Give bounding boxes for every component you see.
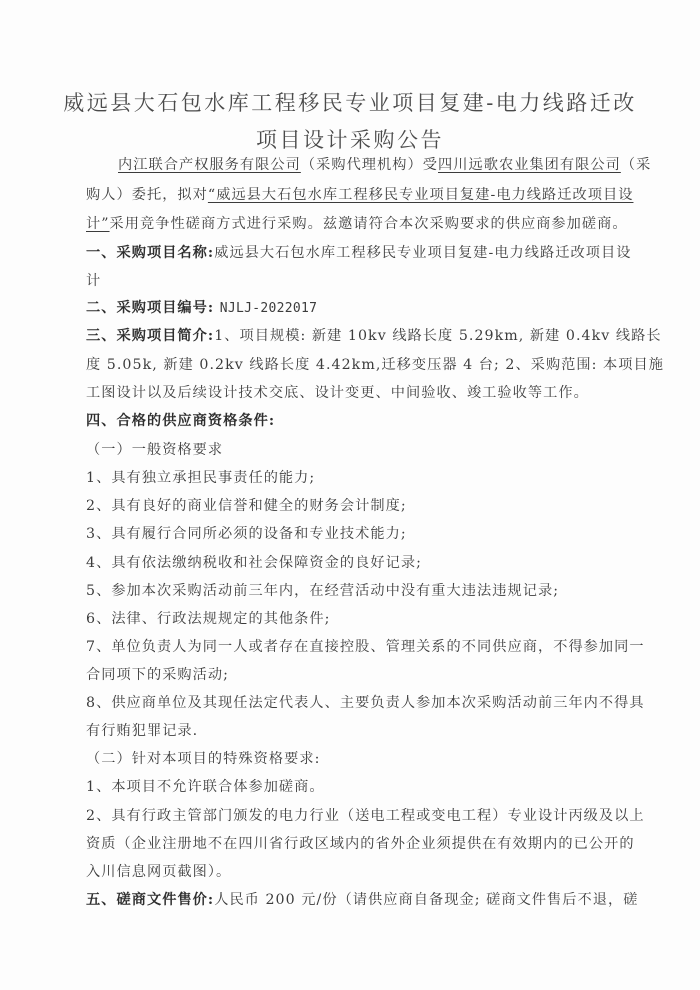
special-requirement-item: 2、具有行政主管部门颁发的电力行业（送电工程或变电工程）专业设计丙级及以上 bbox=[86, 806, 626, 826]
section-3-line-3: 工图设计以及后续设计技术交底、设计变更、中间验收、竣工验收等工作。 bbox=[86, 383, 626, 403]
section-1-label: 一、采购项目名称: bbox=[86, 245, 214, 261]
document-page: 威远县大石包水库工程移民专业项目复建-电力线路迁改 项目设计采购公告 内江联合产… bbox=[0, 0, 700, 990]
intro-line-2: 购人）委托，拟对“威远县大石包水库工程移民专业项目复建-电力线路迁改项目设 bbox=[86, 185, 626, 205]
document-title-line-2: 项目设计采购公告 bbox=[0, 124, 700, 154]
section-1-line-1: 一、采购项目名称:威远县大石包水库工程移民专业项目复建-电力线路迁改项目设 bbox=[86, 243, 626, 263]
section-1-value-a: 威远县大石包水库工程移民专业项目复建-电力线路迁改项目设 bbox=[214, 245, 631, 261]
special-requirements-heading: （二）针对本项目的特殊资格要求: bbox=[86, 749, 626, 769]
project-number: NJLJ-2022017 bbox=[220, 301, 318, 316]
section-1-value-b: 计 bbox=[86, 273, 101, 289]
procurement-method-text: 采用竞争性磋商方式进行采购。兹邀请符合本次采购要求的供应商参加磋商。 bbox=[110, 216, 628, 232]
general-requirement-item: 5、参加本次采购活动前三年内，在经营活动中没有重大违法违规记录; bbox=[86, 581, 626, 601]
section-2-label: 二、采购项目编号: bbox=[86, 300, 214, 316]
special-requirement-item-continued: 入川信息网页截图）。 bbox=[86, 862, 626, 882]
section-4-label: 四、合格的供应商资格条件: bbox=[86, 411, 626, 431]
document-title-line-1: 威远县大石包水库工程移民专业项目复建-电力线路迁改 bbox=[0, 87, 700, 117]
general-requirement-item: 1、具有独立承担民事责任的能力; bbox=[86, 468, 626, 488]
project-name-quoted-a: “威远县大石包水库工程移民专业项目复建-电力线路迁改项目设 bbox=[208, 187, 634, 203]
purchaser-role-text-b: 购人）委托，拟对 bbox=[86, 187, 208, 203]
document-price-text: 人民币 200 元/份（请供应商自备现金; 磋商文件售后不退，磋 bbox=[214, 892, 638, 908]
intro-line-3: 计”采用竞争性磋商方式进行采购。兹邀请符合本次采购要求的供应商参加磋商。 bbox=[86, 214, 626, 234]
agent-role-text: （采购代理机构）受 bbox=[301, 157, 438, 173]
section-3-line-1: 三、采购项目简介:1、项目规模: 新建 10kv 线路长度 5.29km, 新建… bbox=[86, 326, 626, 346]
special-requirement-item: 1、本项目不允许联合体参加磋商。 bbox=[86, 777, 626, 797]
procurement-agent-name: 内江联合产权服务有限公司 bbox=[118, 157, 301, 173]
section-3-line-2: 度 5.05k, 新建 0.2kv 线路长度 4.42km,迁移变压器 4 台;… bbox=[86, 355, 626, 375]
section-3-text-1: 1、项目规模: 新建 10kv 线路长度 5.29km, 新建 0.4kv 线路… bbox=[214, 328, 661, 344]
section-5-line: 五、磋商文件售价:人民币 200 元/份（请供应商自备现金; 磋商文件售后不退，… bbox=[86, 890, 626, 910]
general-requirement-item: 4、具有依法缴纳税收和社会保障资金的良好记录; bbox=[86, 553, 626, 573]
purchaser-role-text-a: （采 bbox=[621, 157, 651, 173]
general-requirement-item: 7、单位负责人为同一人或者存在直接控股、管理关系的不同供应商，不得参加同一 bbox=[86, 637, 626, 657]
intro-line-1: 内江联合产权服务有限公司（采购代理机构）受四川远歌农业集团有限公司（采 bbox=[118, 155, 628, 175]
section-1-line-2: 计 bbox=[86, 271, 626, 291]
project-name-quoted-b: 计” bbox=[86, 216, 110, 232]
general-requirement-item: 3、具有履行合同所必须的设备和专业技术能力; bbox=[86, 524, 626, 544]
general-requirement-item: 2、具有良好的商业信誉和健全的财务会计制度; bbox=[86, 496, 626, 516]
section-2-line: 二、采购项目编号: NJLJ-2022017 bbox=[86, 298, 626, 319]
general-requirement-item-continued: 有行贿犯罪记录. bbox=[86, 721, 626, 741]
general-requirements-heading: （一）一般资格要求 bbox=[86, 440, 626, 460]
purchaser-name: 四川远歌农业集团有限公司 bbox=[438, 157, 621, 173]
section-3-label: 三、采购项目简介: bbox=[86, 328, 214, 344]
general-requirement-item: 8、供应商单位及其现任法定代表人、主要负责人参加本次采购活动前三年内不得具 bbox=[86, 693, 626, 713]
general-requirement-item-continued: 合同项下的采购活动; bbox=[86, 665, 626, 685]
special-requirement-item-continued: 资质（企业注册地不在四川省行政区域内的省外企业须提供在有效期内的已公开的 bbox=[86, 834, 626, 854]
section-5-label: 五、磋商文件售价: bbox=[86, 892, 214, 908]
general-requirement-item: 6、法律、行政法规规定的其他条件; bbox=[86, 609, 626, 629]
